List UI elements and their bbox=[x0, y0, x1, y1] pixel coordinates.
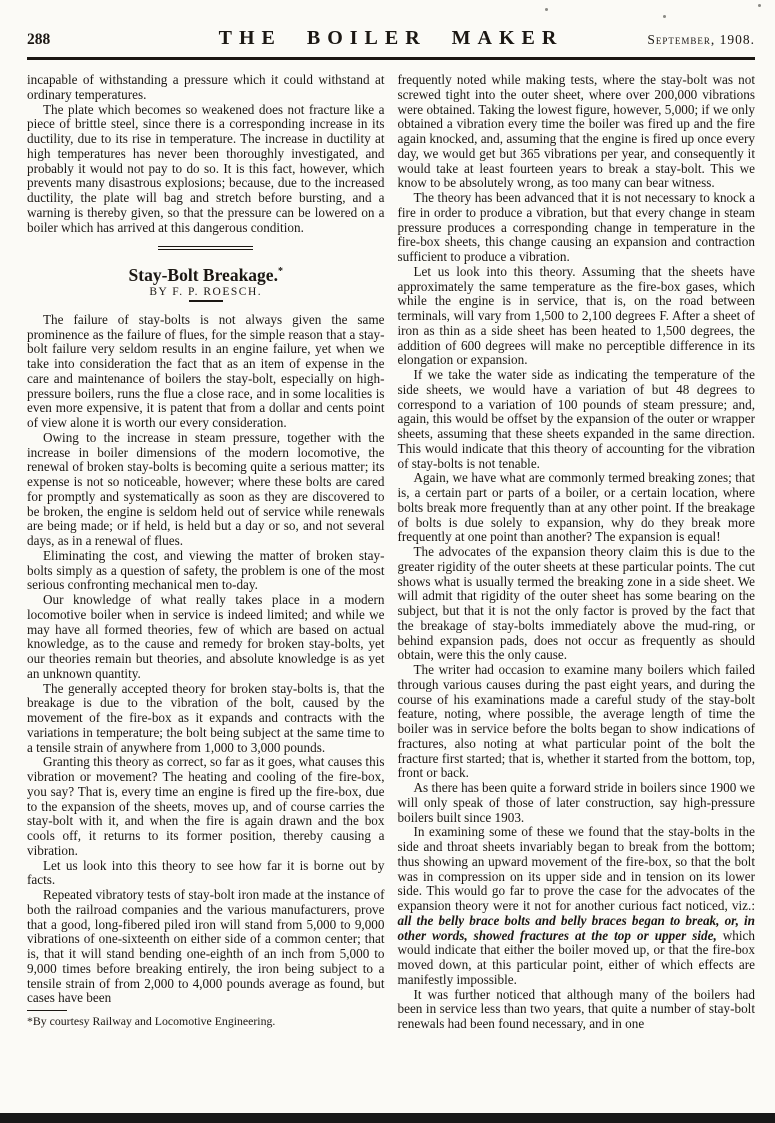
body-text: frequently noted while making tests, whe… bbox=[398, 72, 756, 190]
body-text: As there has been quite a forward stride… bbox=[398, 780, 756, 825]
footnote-rule bbox=[27, 1010, 67, 1011]
body-text: The failure of stay-bolts is not always … bbox=[27, 312, 385, 430]
page-number: 288 bbox=[27, 31, 219, 49]
body-text: Owing to the increase in steam pressure,… bbox=[27, 430, 385, 548]
body-text: The theory has been advanced that it is … bbox=[398, 190, 756, 264]
paragraph: Repeated vibratory tests of stay-bolt ir… bbox=[27, 888, 385, 1006]
left-column: incapable of withstanding a pressure whi… bbox=[27, 73, 385, 1032]
emphasized-text: all the belly brace bolts and belly brac… bbox=[398, 913, 756, 943]
paragraph: The generally accepted theory for broken… bbox=[27, 682, 385, 756]
paragraph: incapable of withstanding a pressure whi… bbox=[27, 73, 385, 103]
paragraph: Granting this theory as correct, so far … bbox=[27, 755, 385, 858]
body-text: Granting this theory as correct, so far … bbox=[27, 754, 385, 858]
body-text: It was further noticed that although man… bbox=[398, 987, 756, 1032]
body-text: If we take the water side as indicating … bbox=[398, 367, 756, 471]
paragraph: The advocates of the expansion theory cl… bbox=[398, 545, 756, 663]
left-column-body: The failure of stay-bolts is not always … bbox=[27, 313, 385, 1006]
body-text: Let us look into this theory to see how … bbox=[27, 858, 385, 888]
article-title: Stay-Bolt Breakage.* bbox=[27, 262, 385, 285]
paragraph: frequently noted while making tests, whe… bbox=[398, 73, 756, 191]
paragraph: Our knowledge of what really takes place… bbox=[27, 593, 385, 682]
paragraph: In examining some of these we found that… bbox=[398, 825, 756, 987]
paragraph: Let us look into this theory to see how … bbox=[27, 859, 385, 889]
body-text: Repeated vibratory tests of stay-bolt ir… bbox=[27, 887, 385, 1005]
body-text: The writer had occasion to examine many … bbox=[398, 662, 756, 780]
right-column: frequently noted while making tests, whe… bbox=[398, 73, 756, 1032]
paragraph: It was further noticed that although man… bbox=[398, 988, 756, 1032]
body-text: Again, we have what are commonly termed … bbox=[398, 470, 756, 544]
byline-rule bbox=[189, 300, 223, 302]
paragraph: Let us look into this theory. Assuming t… bbox=[398, 265, 756, 368]
paragraph: The plate which becomes so weakened does… bbox=[27, 103, 385, 236]
scan-edge-bar bbox=[0, 1113, 775, 1123]
paragraph: Again, we have what are commonly termed … bbox=[398, 471, 756, 545]
scan-speck bbox=[758, 4, 761, 7]
paragraph: The writer had occasion to examine many … bbox=[398, 663, 756, 781]
paragraph: The failure of stay-bolts is not always … bbox=[27, 313, 385, 431]
body-text: incapable of withstanding a pressure whi… bbox=[27, 72, 385, 102]
body-text: Eliminating the cost, and viewing the ma… bbox=[27, 548, 385, 593]
right-column-body: frequently noted while making tests, whe… bbox=[398, 73, 756, 1032]
scan-speck bbox=[663, 15, 666, 18]
paragraph: If we take the water side as indicating … bbox=[398, 368, 756, 471]
body-text: The generally accepted theory for broken… bbox=[27, 681, 385, 755]
scan-speck bbox=[545, 8, 548, 11]
footnote-text: *By courtesy Railway and Locomotive Engi… bbox=[27, 1014, 385, 1028]
paragraph: The theory has been advanced that it is … bbox=[398, 191, 756, 265]
body-text: The advocates of the expansion theory cl… bbox=[398, 544, 756, 662]
article-byline: BY F. P. ROESCH. bbox=[27, 285, 385, 300]
journal-title: THE BOILER MAKER bbox=[219, 27, 564, 50]
issue-date: September, 1908. bbox=[563, 32, 755, 48]
paragraph: As there has been quite a forward stride… bbox=[398, 781, 756, 825]
section-divider-rule bbox=[158, 246, 253, 250]
scanned-page: 288 THE BOILER MAKER September, 1908. in… bbox=[0, 0, 775, 1032]
footnote-marker: * bbox=[278, 266, 283, 277]
header-rule bbox=[27, 57, 755, 60]
paragraph: Owing to the increase in steam pressure,… bbox=[27, 431, 385, 549]
page-header: 288 THE BOILER MAKER September, 1908. bbox=[27, 27, 755, 50]
article-title-text: Stay-Bolt Breakage. bbox=[129, 265, 278, 285]
body-text: Our knowledge of what really takes place… bbox=[27, 592, 385, 681]
two-column-text: incapable of withstanding a pressure whi… bbox=[27, 73, 755, 1032]
left-column-intro: incapable of withstanding a pressure whi… bbox=[27, 73, 385, 235]
body-text: In examining some of these we found that… bbox=[398, 824, 756, 913]
body-text: The plate which becomes so weakened does… bbox=[27, 102, 385, 235]
body-text: Let us look into this theory. Assuming t… bbox=[398, 264, 756, 368]
paragraph: Eliminating the cost, and viewing the ma… bbox=[27, 549, 385, 593]
